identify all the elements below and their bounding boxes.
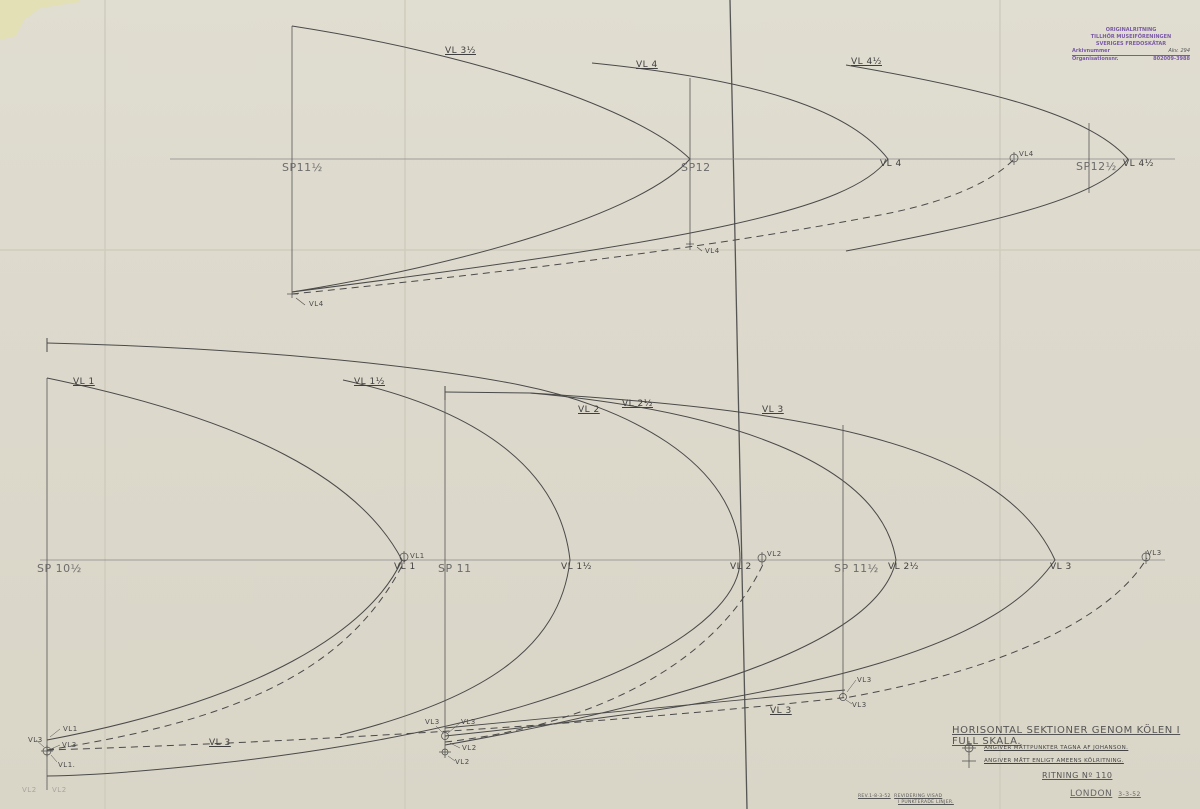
cross-symbol-icon xyxy=(962,754,976,768)
curve-vl1 xyxy=(47,378,402,740)
ownership-stamp: ORIGINALRITNING TILLHÖR MUSEIFÖRENINGEN … xyxy=(1072,27,1190,63)
stamp-archive-value: Akv. 294 xyxy=(1168,48,1190,55)
stamp-archive-row: Arkivnummer Akv. 294 xyxy=(1072,48,1190,56)
station-label-sp12: SP12 xyxy=(681,162,711,173)
waterline-label: VL 1½ xyxy=(561,563,592,572)
waterline-label: VL 3½ xyxy=(445,47,476,56)
stamp-org-label: Organisationsnr. xyxy=(1072,56,1119,63)
point-label: VL3 xyxy=(28,737,43,744)
waterline-label: VL 4 xyxy=(636,61,658,70)
station-label-sp10-5: SP 10½ xyxy=(37,563,82,574)
faint-point-label: VL2 xyxy=(22,787,37,794)
point-label: VL2 xyxy=(462,745,477,752)
point-label: VL1. xyxy=(58,762,75,769)
curve-vl3-revised xyxy=(47,558,1147,750)
stamp-org-row: Organisationsnr. 802009-3988 xyxy=(1072,56,1190,63)
waterline-label: VL 1½ xyxy=(354,378,385,387)
station-label-sp11: SP 11 xyxy=(438,563,472,574)
stamp-org-value: 802009-3988 xyxy=(1153,56,1190,63)
waterline-label: VL 3 xyxy=(770,707,792,716)
point-label: VL3 xyxy=(461,719,476,726)
faint-point-label: VL2 xyxy=(52,787,67,794)
point-label: VL3 xyxy=(852,702,867,709)
point-label: VL3 xyxy=(857,677,872,684)
curve-vl4-5 xyxy=(846,65,1128,251)
center-reference-line xyxy=(730,0,747,809)
waterline-label: VL 4 xyxy=(880,160,902,169)
drawing-number: RITNING Nº 110 xyxy=(1042,771,1112,780)
point-label: VL4 xyxy=(309,301,324,308)
waterline-label: VL 4½ xyxy=(851,58,882,67)
legend-item: ANGIVER MÄTT ENLIGT AMEENS KÖLRITNING. xyxy=(984,758,1124,764)
curve-vl1-5 xyxy=(340,380,570,735)
waterline-label: VL 4½ xyxy=(1123,160,1154,169)
legend-item: ANGIVER MÄTTPUNKTER TAGNA AF JOHANSON. xyxy=(984,745,1128,751)
point-label: VL1 xyxy=(63,726,78,733)
place: LONDON xyxy=(1070,789,1112,799)
curve-vl2-5 xyxy=(445,393,896,745)
place-and-date: LONDON3-3-52 xyxy=(1070,789,1141,799)
keel-sections-drawing xyxy=(0,0,1200,809)
waterline-label: VL 1 xyxy=(73,378,95,387)
stamp-archive-label: Arkivnummer xyxy=(1072,48,1110,55)
date: 3-3-52 xyxy=(1118,791,1141,798)
revision-line2: I PUNKTERADE LINJER. xyxy=(898,800,954,805)
point-label: VL4 xyxy=(705,248,720,255)
station-label-sp12-5: SP12½ xyxy=(1076,161,1117,172)
point-label: VL3 xyxy=(1147,550,1162,557)
paper-fold-lines xyxy=(0,0,1200,809)
point-label: VL3 xyxy=(425,719,440,726)
point-label: VL4 xyxy=(1019,151,1034,158)
point-label: VL2 xyxy=(767,551,782,558)
waterline-label: VL 3 xyxy=(1050,563,1072,572)
stamp-line: ORIGINALRITNING xyxy=(1072,27,1190,34)
waterline-label: VL 2 xyxy=(578,406,600,415)
waterline-label: VL 2½ xyxy=(888,563,919,572)
waterline-label: VL 3 xyxy=(762,406,784,415)
waterline-label: VL 3 xyxy=(209,739,231,748)
curve-vl4-revised xyxy=(292,158,1015,294)
revision-line1: REVIDERING VISAD xyxy=(894,794,942,799)
waterline-label: VL 2 xyxy=(730,563,752,572)
stamp-line: TILLHÖR MUSEIFÖRENINGEN xyxy=(1072,34,1190,41)
station-label-sp11-5: SP11½ xyxy=(282,162,323,173)
revision-note: REV.1-8-3-52 REVIDERING VISAD I PUNKTERA… xyxy=(858,794,954,806)
point-label: VL3 xyxy=(62,742,77,749)
curve-vl1-revised xyxy=(47,560,405,750)
point-label: VL2 xyxy=(455,759,470,766)
revision-ref: REV.1-8-3-52 xyxy=(858,794,891,799)
waterline-label: VL 2½ xyxy=(622,400,653,409)
station-label-sp11-5: SP 11½ xyxy=(834,563,879,574)
circle-cross-symbol-icon xyxy=(962,741,976,755)
drawing-title: HORISONTAL SEKTIONER GENOM KÖLEN I FULL … xyxy=(952,725,1200,747)
stamp-line: SVERIGES FREDOSKÄTAR xyxy=(1072,41,1190,48)
curve-vl4 xyxy=(292,63,888,292)
point-label: VL1 xyxy=(410,553,425,560)
waterline-label: VL 1 xyxy=(394,563,416,572)
drawing-sheet: SP11½ SP12 SP12½ VL 3½ VL 4 VL 4½ VL 4 V… xyxy=(0,0,1200,809)
